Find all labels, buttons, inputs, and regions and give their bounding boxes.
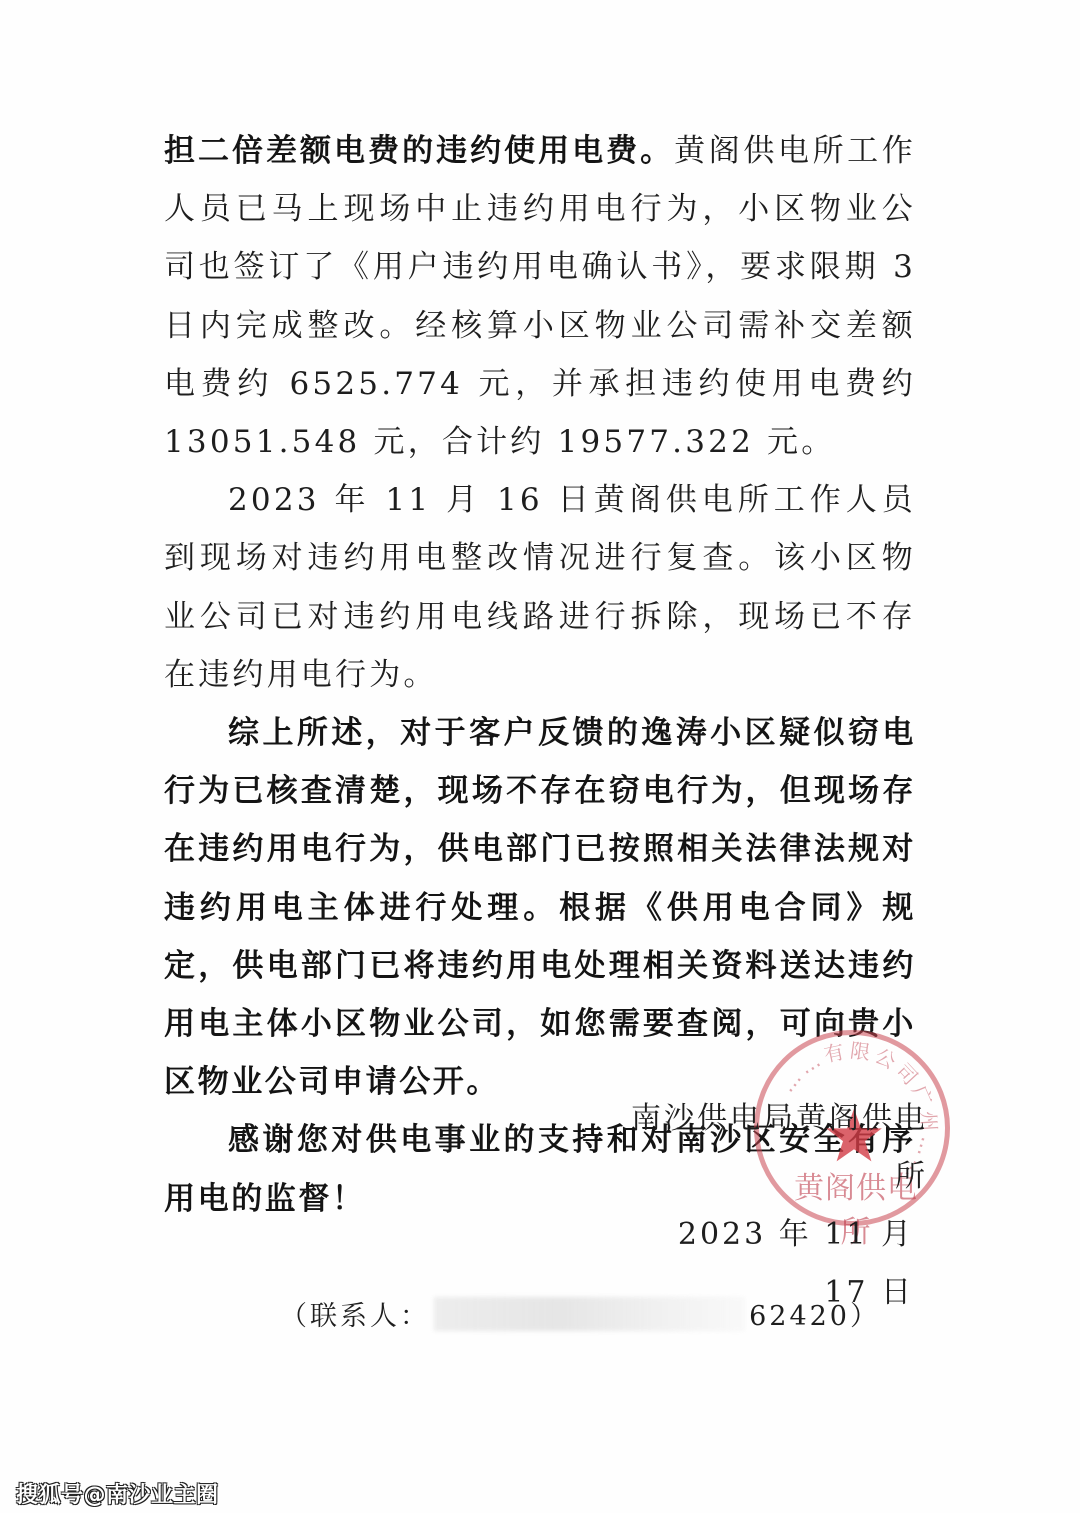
paragraph-recheck: 2023 年 11 月 16 日黄阁供电所工作人员到现场对违约用电整改情况进行复… bbox=[164, 471, 916, 704]
bold-run: 综上所述，对于客户反馈的逸涛小区疑似窃电行为已核查清楚，现场不存在窃电行为，但现… bbox=[164, 715, 916, 1100]
signature-block: 南沙供电局黄阁供电所 2023 年 11 月 17 日 bbox=[628, 1090, 928, 1322]
paragraph-penalty-calculation: 担二倍差额电费的违约使用电费。黄阁供电所工作人员已马上现场中止违约用电行为，小区… bbox=[164, 122, 916, 471]
contact-suffix: 62420） bbox=[749, 1294, 880, 1333]
text-run: 2023 年 11 月 16 日黄阁供电所工作人员到现场对违约用电整改情况进行复… bbox=[164, 482, 916, 693]
letter-body: 担二倍差额电费的违约使用电费。黄阁供电所工作人员已马上现场中止违约用电行为，小区… bbox=[164, 122, 916, 1228]
text-run: 黄阁供电所工作人员已马上现场中止违约用电行为，小区物业公司也签订了《用户违约用电… bbox=[164, 133, 916, 460]
contact-line: （联系人： 62420） bbox=[280, 1294, 880, 1333]
redacted-contact-info bbox=[434, 1297, 745, 1331]
scanned-letter-page: 担二倍差额电费的违约使用电费。黄阁供电所工作人员已马上现场中止违约用电行为，小区… bbox=[0, 0, 1080, 1513]
source-watermark: 搜狐号@南沙业主圈 bbox=[16, 1478, 219, 1509]
bold-run: 担二倍差额电费的违约使用电费。 bbox=[164, 133, 674, 169]
paragraph-conclusion: 综上所述，对于客户反馈的逸涛小区疑似窃电行为已核查清楚，现场不存在窃电行为，但现… bbox=[164, 704, 916, 1111]
contact-prefix: （联系人： bbox=[280, 1294, 430, 1333]
signature-organization: 南沙供电局黄阁供电所 bbox=[628, 1090, 928, 1206]
